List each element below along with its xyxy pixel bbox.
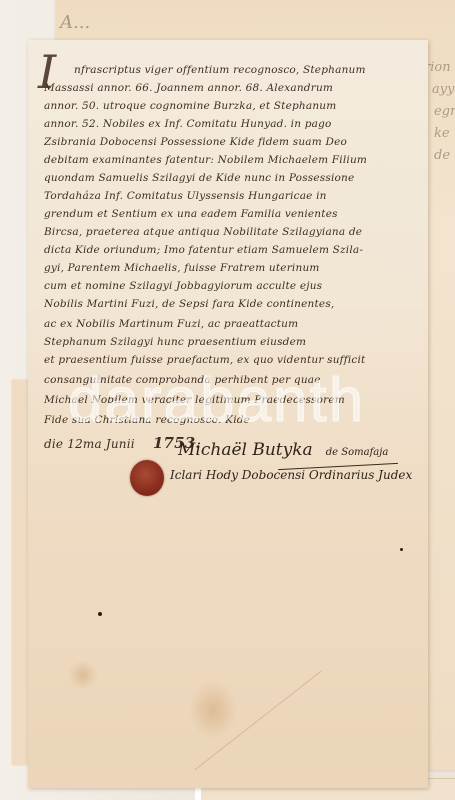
ink-dot	[400, 548, 403, 551]
text-line: dicta Kide oriundum; Imo fatentur etiam …	[44, 244, 414, 256]
text-line: Tordaháza Inf. Comitatus Ulyssensis Hung…	[44, 190, 414, 202]
background-sheet-text: A...	[60, 12, 90, 33]
signatory-affiliation: de Somafaja	[326, 447, 389, 458]
text-line: cum et nomine Szilagyi Jobbagyiorum accu…	[44, 280, 414, 292]
text-line: gyi, Parentem Michaelis, fuisse Fratrem …	[44, 262, 414, 274]
text-line: Stephanum Szilagyi hunc praesentium eius…	[44, 336, 414, 348]
wax-seal-icon	[130, 460, 164, 496]
signatory-name: Michaël Butyka	[178, 440, 313, 460]
text-line: ac ex Nobilis Martinum Fuzi, ac praeatta…	[44, 318, 414, 330]
text-line: grendum et Sentium ex una eadem Familia …	[44, 208, 414, 220]
text-line: Zsibrania Dobocensi Possessione Kide fid…	[44, 136, 414, 148]
paper-stain	[188, 680, 238, 740]
background-sheet-text: ke	[434, 126, 450, 141]
text-line: Nobilis Martini Fuzi, de Sepsi fara Kide…	[44, 298, 414, 310]
ink-dot	[98, 612, 102, 616]
text-line: annor. 52. Nobiles ex Inf. Comitatu Huny…	[44, 118, 414, 130]
background-sheet-text: egn	[434, 104, 455, 119]
text-line: quondam Samuelis Szilagyi de Kide nunc i…	[44, 172, 414, 184]
background-sheet-text: ayy	[432, 82, 454, 97]
signatory-title: Iclari Hody Dobocensi Ordinarius Judex	[170, 468, 412, 482]
text-line: Bircsa, praeterea atque antiqua Nobilita…	[44, 226, 414, 238]
paper-stain	[68, 660, 98, 690]
text-line: annor. 50. utroque cognomine Burzka, et …	[44, 100, 414, 112]
text-line: debitam examinantes fatentur: Nobilem Mi…	[44, 154, 414, 166]
date-day: die 12ma Junii	[44, 437, 135, 451]
background-sheet-text: de	[434, 148, 450, 163]
watermark: darabanth	[68, 365, 398, 436]
text-line: nfrascriptus viger offentium recognosco,…	[74, 64, 414, 76]
text-line: Massassi annor. 66. Joannem annor. 68. A…	[44, 82, 414, 94]
signature-block: Michaël Butyka de Somafaja Iclari Hody D…	[178, 440, 388, 460]
